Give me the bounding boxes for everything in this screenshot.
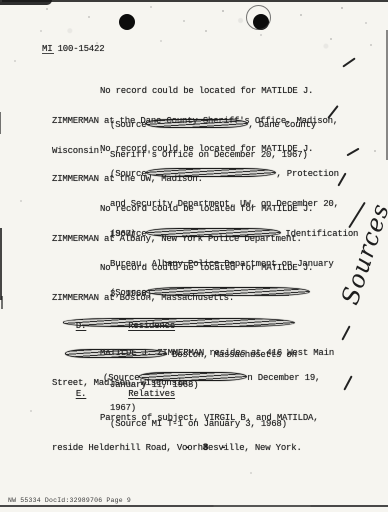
- source-prefix: (Source: [110, 229, 146, 239]
- scan-top-edge: [0, 0, 388, 2]
- massachusetts-underline-1: [165, 262, 235, 263]
- pen-mark: [346, 148, 359, 157]
- hole-punch-dot-left: [119, 14, 135, 30]
- source-line: (Source, Protection: [110, 168, 339, 179]
- source-prefix: (Source: [110, 169, 146, 179]
- source-prefix: (Source: [110, 288, 146, 298]
- paragraph-line: No record could be located for MATILDE J…: [52, 86, 338, 96]
- scan-corner-blob: [0, 0, 52, 5]
- footer-rule: [0, 505, 388, 507]
- scan-left-edge-mark-1: [0, 112, 1, 134]
- file-number-underline: [42, 53, 54, 54]
- source-line: (SourceIdentification: [110, 228, 358, 239]
- source-citation-relatives: (Source MI T-1 on January 3, 1968): [110, 419, 287, 429]
- source-suffix: , Protection: [276, 169, 338, 179]
- scan-noise-speckles: [0, 0, 2, 2]
- archive-footer-text: NW 55334 DocId:32989706 Page 9: [8, 497, 131, 504]
- pen-mark: [342, 57, 355, 67]
- massachusetts-underline-2: [219, 295, 289, 296]
- redaction-scribble: [145, 168, 277, 177]
- source-suffix: Identification: [285, 229, 358, 239]
- paragraph-relatives: Parents of subject, VIRGIL B. and MATILD…: [52, 393, 318, 473]
- pen-mark: [343, 375, 352, 390]
- source-suffix: n December 19,: [247, 373, 320, 383]
- page-number: - 3 -: [26, 443, 388, 454]
- source-line: (Source: [110, 287, 310, 298]
- pen-mark: [341, 325, 350, 340]
- redaction-scribble: [145, 228, 282, 237]
- hole-punch-ring: [246, 5, 271, 30]
- scan-left-edge-mark-3: [1, 296, 3, 309]
- scan-left-edge-mark-2: [0, 228, 2, 300]
- scanned-document-page: MI 100-15422 No record could be located …: [0, 0, 388, 512]
